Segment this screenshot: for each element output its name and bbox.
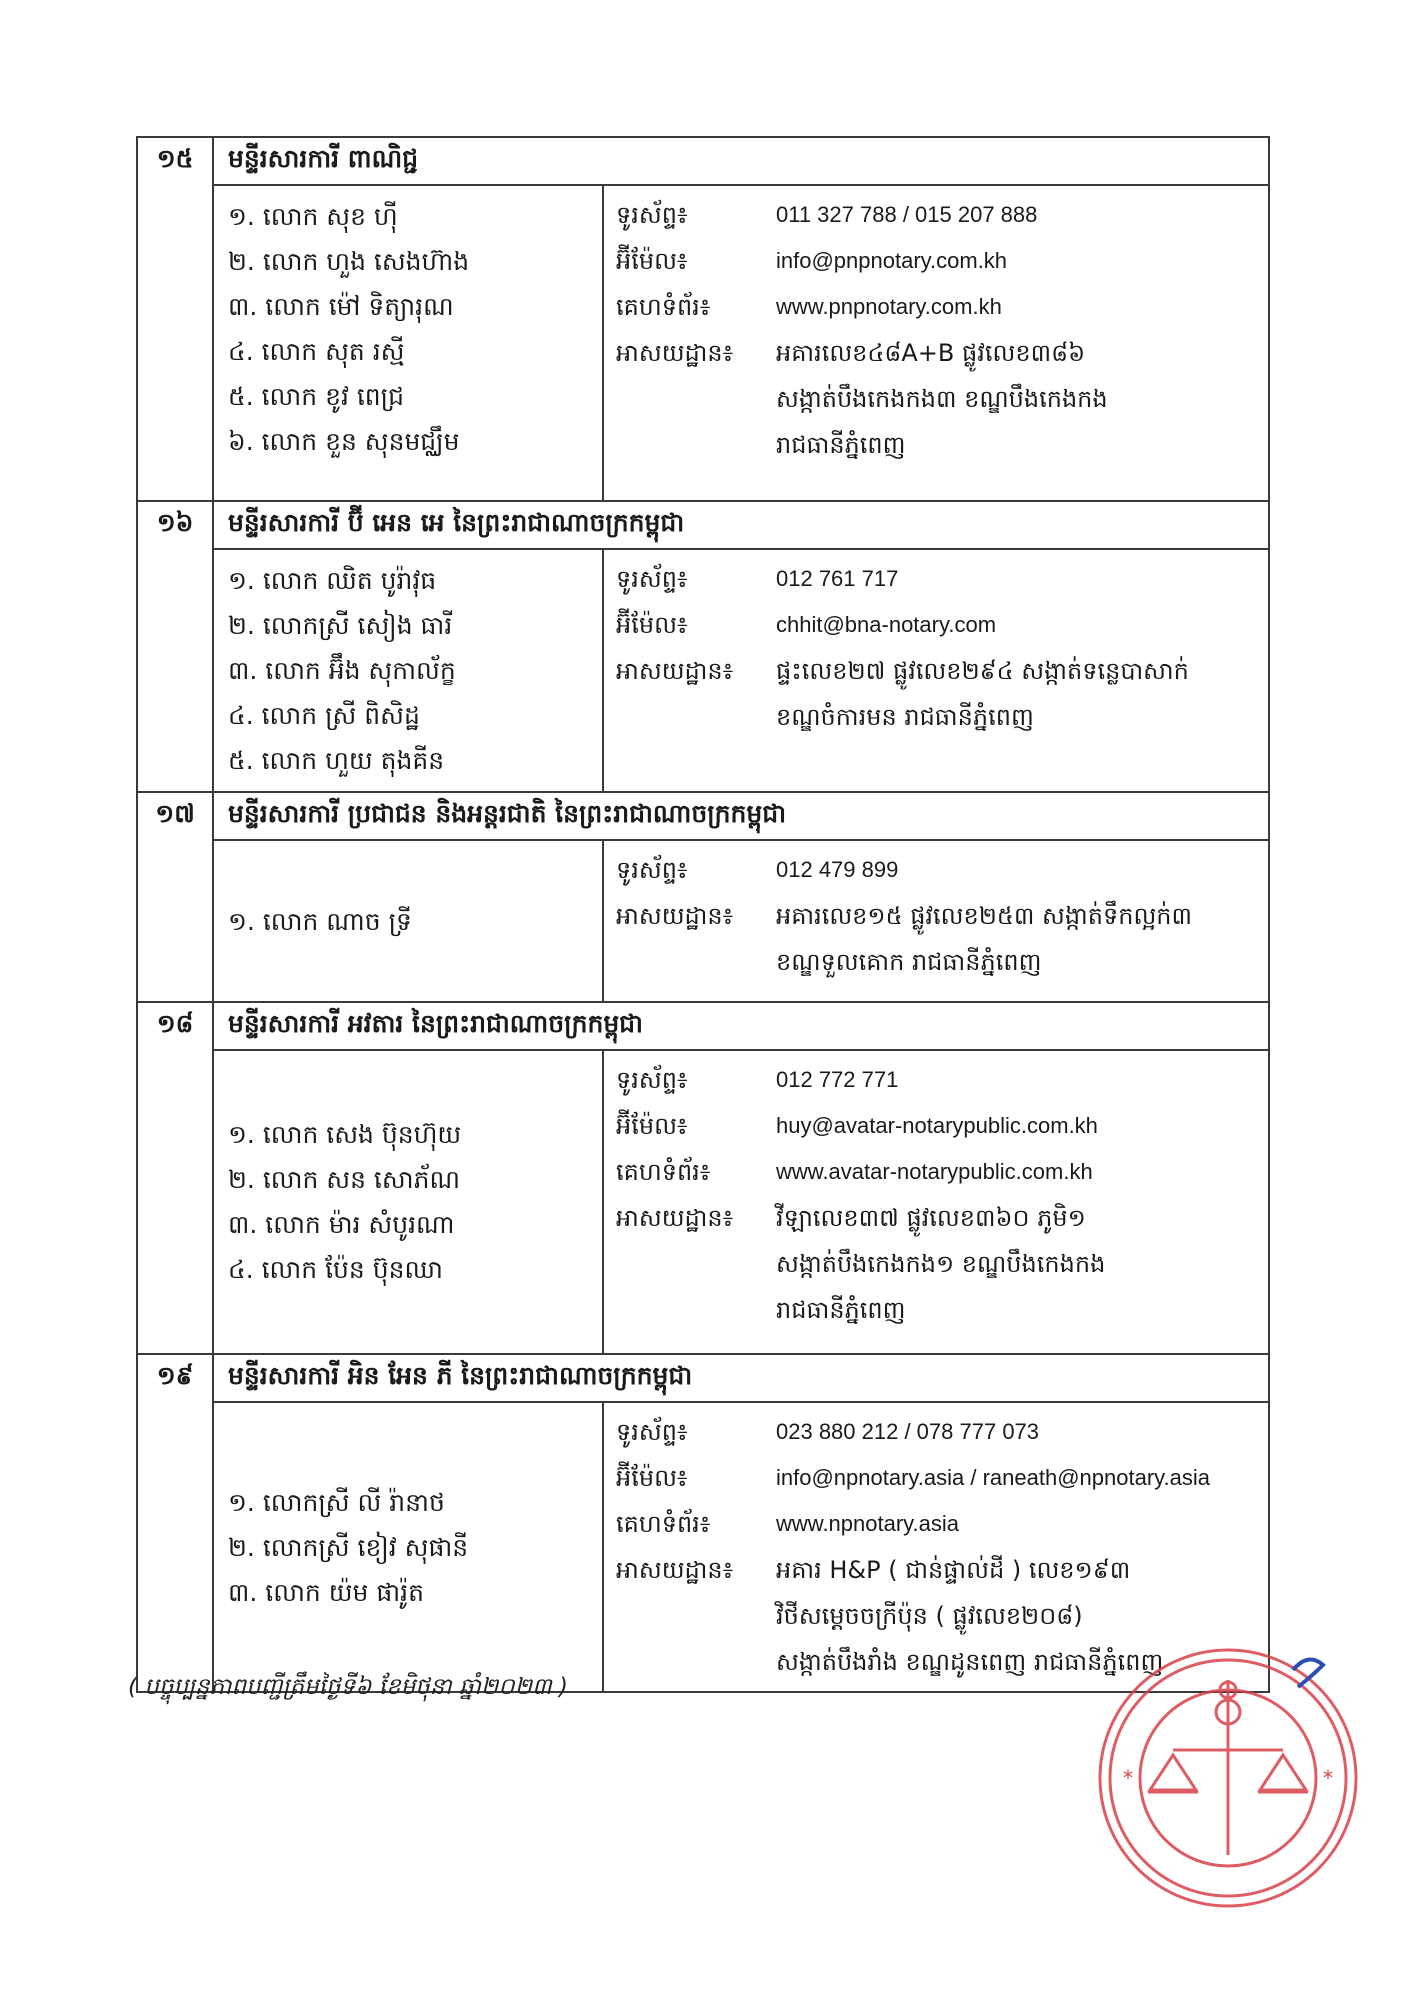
office-header-row: ១៨មន្ទីរសារការី អវតារ នៃព្រះរាជាណាចក្រកម… [137,1002,1269,1050]
phone-row: ទូរស័ព្ទ៖012 772 771 [616,1057,1260,1103]
website-label: គេហទំព័រ៖ [616,1149,776,1195]
address-row: សង្កាត់បឹងកេងកង៣ ខណ្ឌបឹងកេងកង [616,376,1260,422]
member-item: ៥. លោក ខូវ ពេជ្រ [228,374,592,419]
member-item: ១. លោក សុខ ហុី [228,194,592,239]
address-label: អាសយដ្ឋាន៖ [616,1195,776,1241]
email-value[interactable]: chhit@bna-notary.com [776,602,1260,648]
office-header-row: ១៧មន្ទីរសារការី ប្រជាជន និងអន្តរជាតិ នៃព… [137,792,1269,840]
email-label: អ៊ីម៉ែល៖ [616,1103,776,1149]
website-value[interactable]: www.pnpnotary.com.kh [776,284,1260,330]
address-value: អគារលេខ១៥ ផ្លូវលេខ២៥៣ សង្កាត់ទឹកល្អក់៣ [776,893,1260,939]
member-item: ៦. លោក ខួន សុនមជ្ឈឹម [228,419,592,464]
address-value: ខណ្ឌចំការមន រាជធានីភ្នំពេញ [776,694,1260,740]
phone-row: ទូរស័ព្ទ៖023 880 212 / 078 777 073 [616,1409,1260,1455]
member-item: ១. លោកស្រី លី រ៉ានាថ [228,1480,592,1525]
row-number: ១៦ [137,501,213,792]
member-item: ២. លោក ហួង សេងហ៊ាង [228,239,592,284]
member-item: ៥. លោក ហួយ តុងគីន [228,738,592,783]
office-detail-row: ១. លោក សុខ ហុី២. លោក ហួង សេងហ៊ាង៣. លោក ម… [137,185,1269,501]
address-value: សង្កាត់បឹងកេងកង១ ខណ្ឌបឹងកេងកង [776,1241,1260,1287]
contact-info: ទូរស័ព្ទ៖011 327 788 / 015 207 888អ៊ីម៉ែ… [603,185,1269,501]
phone-label: ទូរស័ព្ទ៖ [616,192,776,238]
office-name: មន្ទីរសារការី ប្រជាជន និងអន្តរជាតិ នៃព្រ… [213,792,1269,840]
website-value[interactable]: www.avatar-notarypublic.com.kh [776,1149,1260,1195]
member-list: ១. លោកស្រី លី រ៉ានាថ២. លោកស្រី ខៀវ សុផាន… [213,1402,603,1692]
office-name: មន្ទីរសារការី ប៊ី អេន អេ នៃព្រះរាជាណាចក្… [213,501,1269,549]
address-value: ផ្ទះលេខ២៧ ផ្លូវលេខ២៩៤ សង្កាត់ទន្លេបាសាក់ [776,648,1260,694]
office-header-row: ១៥មន្ទីរសារការី ពាណិជ្ជ [137,137,1269,185]
row-number: ១៨ [137,1002,213,1354]
update-date-note: ( បច្ចុប្បន្នភាពបញ្ជីត្រឹមថ្ងៃទី៦ ខែមិថុ… [128,1673,568,1706]
phone-value: 012 761 717 [776,556,1260,602]
member-item: ៤. លោក សុត រស្មី [228,329,592,374]
phone-value: 012 479 899 [776,847,1260,893]
member-item: ២. លោក សន សោភ័ណ [228,1157,592,1202]
website-row: គេហទំព័រ៖www.npnotary.asia [616,1501,1260,1547]
address-row: សង្កាត់បឹងកេងកង១ ខណ្ឌបឹងកេងកង [616,1241,1260,1287]
member-item: ៣. លោក ម៉ៅ ទិត្យារុណ [228,284,592,329]
address-label: អាសយដ្ឋាន៖ [616,330,776,376]
phone-value: 011 327 788 / 015 207 888 [776,192,1260,238]
address-row: វិថីសម្តេចចក្រីប៉ុន ( ផ្លូវលេខ២០៨) [616,1593,1260,1639]
phone-row: ទូរស័ព្ទ៖012 761 717 [616,556,1260,602]
svg-text:*: * [1123,1766,1133,1790]
phone-row: ទូរស័ព្ទ៖011 327 788 / 015 207 888 [616,192,1260,238]
member-item: ១. លោក ណាច ទ្រី [228,899,592,944]
website-label: គេហទំព័រ៖ [616,284,776,330]
address-row: ខណ្ឌទួលគោក រាជធានីភ្នំពេញ [616,939,1260,985]
phone-label: ទូរស័ព្ទ៖ [616,1409,776,1455]
email-value[interactable]: info@pnpnotary.com.kh [776,238,1260,284]
contact-info: ទូរស័ព្ទ៖012 479 899អាសយដ្ឋាន៖អគារលេខ១៥ … [603,840,1269,1002]
member-item: ៣. លោក អ៊ឹង សុកាល័ក្ខ [228,648,592,693]
member-item: ៣. លោក ម៉ារ សំបូរណា [228,1202,592,1247]
website-row: គេហទំព័រ៖www.avatar-notarypublic.com.kh [616,1149,1260,1195]
address-row: រាជធានីភ្នំពេញ [616,422,1260,468]
phone-label: ទូរស័ព្ទ៖ [616,847,776,893]
member-list: ១. លោក ណាច ទ្រី [213,840,603,1002]
office-detail-row: ១. លោក ណាច ទ្រីទូរស័ព្ទ៖012 479 899អាសយដ… [137,840,1269,1002]
address-row: អាសយដ្ឋាន៖ផ្ទះលេខ២៧ ផ្លូវលេខ២៩៤ សង្កាត់ទ… [616,648,1260,694]
office-header-row: ១៩មន្ទីរសារការី អិន អែន ភី នៃព្រះរាជាណាច… [137,1354,1269,1402]
member-list: ១. លោក សុខ ហុី២. លោក ហួង សេងហ៊ាង៣. លោក ម… [213,185,603,501]
phone-row: ទូរស័ព្ទ៖012 479 899 [616,847,1260,893]
member-item: ១. លោក ឈិត បូរ៉ាវុធ [228,558,592,603]
address-value: វិថីសម្តេចចក្រីប៉ុន ( ផ្លូវលេខ២០៨) [776,1593,1260,1639]
member-list: ១. លោក សេង ប៊ុនហ៊ុយ២. លោក សន សោភ័ណ៣. លោក… [213,1050,603,1354]
office-name: មន្ទីរសារការី អិន អែន ភី នៃព្រះរាជាណាចក្… [213,1354,1269,1402]
email-value[interactable]: info@npnotary.asia / raneath@npnotary.as… [776,1455,1260,1501]
address-value: អគារលេខ៤៨A+B ផ្លូវលេខ៣៨៦ [776,330,1260,376]
address-row: ខណ្ឌចំការមន រាជធានីភ្នំពេញ [616,694,1260,740]
office-detail-row: ១. លោក ឈិត បូរ៉ាវុធ២. លោកស្រី សៀង ធារី៣.… [137,549,1269,792]
address-label: អាសយដ្ឋាន៖ [616,1547,776,1593]
address-value: សង្កាត់បឹងកេងកង៣ ខណ្ឌបឹងកេងកង [776,376,1260,422]
phone-value: 023 880 212 / 078 777 073 [776,1409,1260,1455]
office-detail-row: ១. លោក សេង ប៊ុនហ៊ុយ២. លោក សន សោភ័ណ៣. លោក… [137,1050,1269,1354]
email-row: អ៊ីម៉ែល៖chhit@bna-notary.com [616,602,1260,648]
email-label: អ៊ីម៉ែល៖ [616,602,776,648]
office-name: មន្ទីរសារការី ពាណិជ្ជ [213,137,1269,185]
address-value: រាជធានីភ្នំពេញ [776,422,1260,468]
member-item: ២. លោកស្រី ខៀវ សុផានី [228,1525,592,1570]
member-item: ៤. លោក ស្រី ពិសិដ្ឋ [228,693,592,738]
notary-office-table: ១៥មន្ទីរសារការី ពាណិជ្ជ១. លោក សុខ ហុី២. … [136,136,1270,1693]
address-row: អាសយដ្ឋាន៖អគារលេខ១៥ ផ្លូវលេខ២៥៣ សង្កាត់ទ… [616,893,1260,939]
email-row: អ៊ីម៉ែល៖info@pnpnotary.com.kh [616,238,1260,284]
row-number: ១៧ [137,792,213,1002]
member-item: ១. លោក សេង ប៊ុនហ៊ុយ [228,1112,592,1157]
email-row: អ៊ីម៉ែល៖huy@avatar-notarypublic.com.kh [616,1103,1260,1149]
phone-label: ទូរស័ព្ទ៖ [616,1057,776,1103]
member-item: ៤. លោក ប៉ែន ប៊ុនឈា [228,1247,592,1292]
address-value: ខណ្ឌទួលគោក រាជធានីភ្នំពេញ [776,939,1260,985]
member-item: ២. លោកស្រី សៀង ធារី [228,603,592,648]
office-header-row: ១៦មន្ទីរសារការី ប៊ី អេន អេ នៃព្រះរាជាណាច… [137,501,1269,549]
email-label: អ៊ីម៉ែល៖ [616,1455,776,1501]
svg-text:*: * [1323,1766,1333,1790]
address-row: អាសយដ្ឋាន៖វីឡាលេខ៣៧ ផ្លូវលេខ៣៦០ ភូមិ១ [616,1195,1260,1241]
address-row: អាសយដ្ឋាន៖អគារ H&P ( ជាន់ផ្ទាល់ដី ) លេខ១… [616,1547,1260,1593]
phone-label: ទូរស័ព្ទ៖ [616,556,776,602]
address-label: អាសយដ្ឋាន៖ [616,648,776,694]
office-name: មន្ទីរសារការី អវតារ នៃព្រះរាជាណាចក្រកម្ព… [213,1002,1269,1050]
member-item: ៣. លោក យ៉ម ផារ៉ូត [228,1570,592,1615]
email-label: អ៊ីម៉ែល៖ [616,238,776,284]
address-row: អាសយដ្ឋាន៖អគារលេខ៤៨A+B ផ្លូវលេខ៣៨៦ [616,330,1260,376]
address-value: អគារ H&P ( ជាន់ផ្ទាល់ដី ) លេខ១៩៣ [776,1547,1260,1593]
scales-of-justice-icon: * * [1078,1640,1376,1938]
website-value[interactable]: www.npnotary.asia [776,1501,1260,1547]
address-value: រាជធានីភ្នំពេញ [776,1287,1260,1333]
contact-info: ទូរស័ព្ទ៖012 761 717អ៊ីម៉ែល៖chhit@bna-no… [603,549,1269,792]
contact-info: ទូរស័ព្ទ៖012 772 771អ៊ីម៉ែល៖huy@avatar-n… [603,1050,1269,1354]
website-row: គេហទំព័រ៖www.pnpnotary.com.kh [616,284,1260,330]
member-list: ១. លោក ឈិត បូរ៉ាវុធ២. លោកស្រី សៀង ធារី៣.… [213,549,603,792]
row-number: ១៩ [137,1354,213,1692]
address-label: អាសយដ្ឋាន៖ [616,893,776,939]
official-seal: * * [1078,1640,1376,1938]
address-value: វីឡាលេខ៣៧ ផ្លូវលេខ៣៦០ ភូមិ១ [776,1195,1260,1241]
address-row: រាជធានីភ្នំពេញ [616,1287,1260,1333]
website-label: គេហទំព័រ៖ [616,1501,776,1547]
email-row: អ៊ីម៉ែល៖info@npnotary.asia / raneath@npn… [616,1455,1260,1501]
phone-value: 012 772 771 [776,1057,1260,1103]
row-number: ១៥ [137,137,213,501]
email-value[interactable]: huy@avatar-notarypublic.com.kh [776,1103,1260,1149]
